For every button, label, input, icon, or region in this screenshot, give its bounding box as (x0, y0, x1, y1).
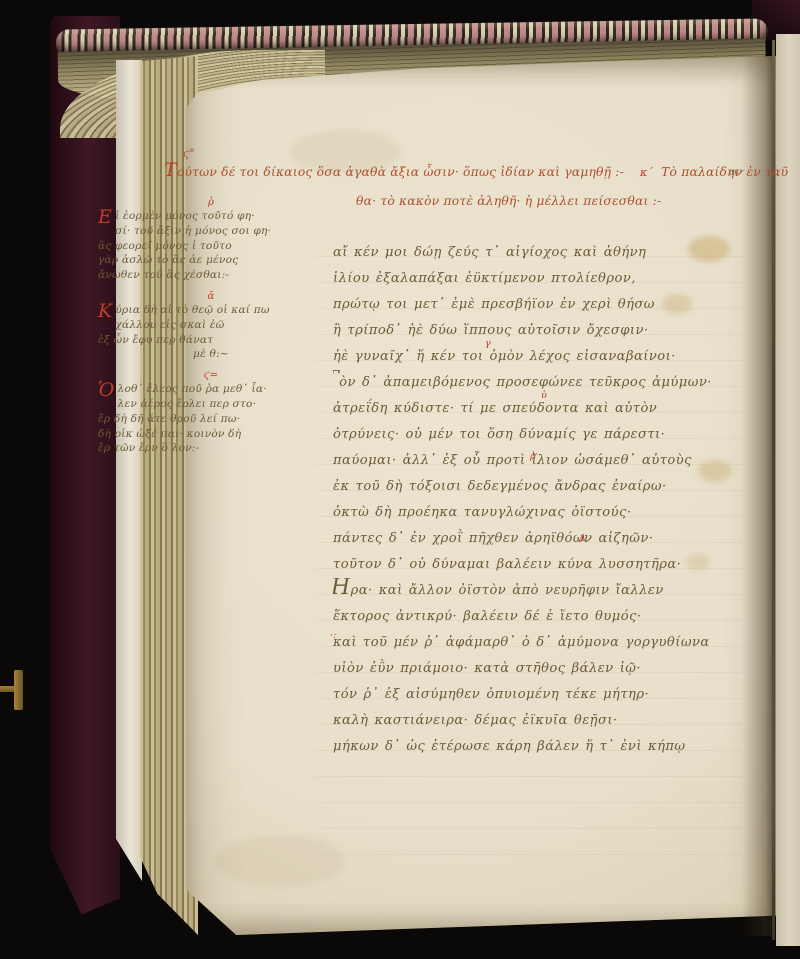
line-text: ὀτρύνεις· οὐ μέν τοι ὅση δύναμίς γε πάρε… (333, 427, 665, 442)
text-line: ἰλίου ἐξαλαπάξαι ἐϋκτίμενον πτολίεθρον, (333, 266, 789, 292)
scholion-line: σί· τοῦ ἄξιν ἡ μόνος σοι φη· (115, 224, 324, 239)
flyleaf-edge (116, 60, 142, 902)
text-line: μήκων δ᾽ ὡς ἑτέρωσε κάρη βάλεν ἥ τ᾽ ἐνὶ … (333, 734, 789, 760)
line-text: καὶ τοῦ μέν ῥ᾽ ἀφάμαρθ᾽ ὁ δ᾽ ἀμύμονα γορ… (333, 635, 710, 650)
text-line: ἢ τρίποδ᾽ ἠὲ δύω ἵππους αὐτοῖσιν ὄχεσφιν… (333, 318, 789, 344)
text-line: καλὴ καστιάνειρα· δέμας ἐϊκυῖα θεῇσι· (333, 708, 789, 734)
rubric-heading-right: Τὸ παλαίδην ἐν ταῦ (661, 165, 788, 179)
scholion-line: χάλλου εἰς σκαὶ ἐῶ (115, 318, 324, 333)
text-line: ἀτρεΐδη κύδιστε· τί με σπεύδοντα καὶ αὐτ… (333, 396, 789, 422)
scholion-number: ῥ (98, 196, 324, 209)
line-text: τόν ῥ᾽ ἐξ αἰσύμηθεν ὀπυιομένη τέκε μήτηρ… (333, 687, 649, 702)
text-line: πάντες δ᾽ ἐν χροῒ πῆχθεν ἀρηϊθόων αἰζηῶν… (333, 526, 789, 552)
scholion-block: Κ ύρια δὴ αἰ τὸ θεῷ οἱ καί πω χάλλου εἰς… (98, 303, 324, 362)
interlinear-mark: γ (485, 338, 491, 349)
line-text: παύομαι· ἀλλ᾽ ἐξ οὗ προτὶ ἴλιον ὠσάμεθ᾽ … (333, 453, 692, 468)
text-line: ἐκ τοῦ δὴ τόξοισι δεδεγμένος ἄνδρας ἐναί… (333, 474, 789, 500)
scholion-line: ἄνωθεν τοῦ ἃς χέσθαι:- (98, 268, 324, 283)
scholion-initial: Ὁ (98, 382, 115, 398)
scholion-line: γὰρ ἀσλῶ τὸ ἃς ἀε μένος (98, 253, 324, 268)
text-line: ὀτρύνεις· οὐ μέν τοι ὅση δύναμίς γε πάρε… (333, 422, 789, 448)
rubric-heading-text: ούτων δέ τοι δίκαιος ὅσα ἀγαθὰ ἄξια ὦσιν… (177, 165, 624, 179)
parchment-stain (215, 835, 345, 887)
interlinear-mark: ὑ (541, 390, 547, 401)
scholion-line: δὴ οἰκ ὠξέ παι· κοινὸν δὴ (98, 427, 324, 442)
text-line: τόν ῥ᾽ ἐξ αἰσύμηθεν ὀπυιομένη τέκε μήτηρ… (333, 682, 789, 708)
scholion-block: Ε ἰ ἑορμὲν μόνος τοῦτό φη· σί· τοῦ ἄξιν … (98, 209, 324, 283)
text-line: Ἦρα· καὶ ἄλλον ὀϊστὸν ἀπὸ νευρῆφιν ἴαλλε… (333, 578, 789, 604)
quire-mark: ϛ° (183, 147, 195, 160)
line-text: μήκων δ᾽ ὡς ἑτέρωσε κάρη βάλεν ἥ τ᾽ ἐνὶ … (333, 739, 686, 754)
scholion-line: ἰ ἑορμὲν μόνος τοῦτό φη· (115, 209, 324, 224)
text-line: Τὸν δ᾽ ἀπαμειβόμενος προσεφώνεε τεῦκρος … (333, 370, 789, 396)
scholion-line: ἐξ ὧν ἔφυ περ θάνατ (98, 333, 324, 348)
book-cover-edge (50, 16, 120, 921)
rubric-initial: Τ (164, 159, 177, 181)
line-text: ἐκ τοῦ δὴ τόξοισι δεδεγμένος ἄνδρας ἐναί… (333, 479, 667, 494)
text-line: ἕκτορος ἀντικρύ· βαλέειν δέ ἑ ἵετο θυμός… (333, 604, 789, 630)
scholion-number: ϛ= (98, 369, 324, 382)
line-text: ρα· καὶ ἄλλον ὀϊστὸν ἀπὸ νευρῆφιν ἴαλλεν (351, 583, 664, 598)
line-text: ὀκτὼ δὴ προέηκα τανυγλώχινας ὀϊστούς· (333, 505, 631, 520)
text-line: ἠὲ γυναῖχ᾽ ἥ κέν τοι ὁμὸν λέχος εἰσαναβα… (333, 344, 789, 370)
line-text: ἰλίου ἐξαλαπάξαι ἐϋκτίμενον πτολίεθρον, (333, 271, 636, 286)
line-text: ἠὲ γυναῖχ᾽ ἥ κέν τοι ὁμὸν λέχος εἰσαναβα… (333, 349, 676, 364)
text-line: υἱὸν ἐῢν πριάμοιο· κατὰ στῆθος βάλεν ἰῷ· (333, 656, 789, 682)
interlinear-mark: ·: (330, 630, 336, 641)
scholion-line: μὲ θ:~ (98, 347, 324, 362)
line-text: τοῦτον δ᾽ οὐ δύναμαι βαλέειν κύνα λυσσητ… (333, 557, 681, 572)
line-initial: Ἦ (333, 578, 351, 600)
text-line: τοῦτον δ᾽ οὐ δύναμαι βαλέειν κύνα λυσσητ… (333, 552, 789, 578)
text-line: ὀκτὼ δὴ προέηκα τανυγλώχινας ὀϊστούς· (333, 500, 789, 526)
scholion-block: Ὁ λοθ᾽ ἔλεος ποῦ ῥα μεθ᾽ ἶα· λεν ἀέρος ἔ… (98, 382, 324, 456)
line-text: υἱὸν ἐῢν πριάμοιο· κατὰ στῆθος βάλεν ἰῷ· (333, 661, 641, 676)
scholion-line: ύρια δὴ αἰ τὸ θεῷ οἱ καί πω (115, 303, 324, 318)
text-line: παύομαι· ἀλλ᾽ ἐξ οὗ προτὶ ἴλιον ὠσάμεθ᾽ … (333, 448, 789, 474)
line-text: καλὴ καστιάνειρα· δέμας ἐϊκυῖα θεῇσι· (333, 713, 618, 728)
scholion-number: ᾱ (98, 290, 324, 303)
main-text-column: αἴ κέν μοι δώῃ ζεύς τ᾽ αἰγίοχος καὶ ἀθήν… (333, 240, 789, 760)
scholion-line: ἔρ τῶν ἔρν ὂ λον:- (98, 441, 324, 456)
line-text: ἢ τρίποδ᾽ ἠὲ δύω ἵππους αὐτοῖσιν ὄχεσφιν… (333, 323, 648, 338)
line-text: ἀτρεΐδη κύδιστε· τί με σπεύδοντα καὶ αὐτ… (333, 401, 657, 416)
line-text: πρώτῳ τοι μετ᾽ ἐμὲ πρεσβήϊον ἐν χερὶ θήσ… (333, 297, 655, 312)
scholion-line: ἃς φεορεῖ μόνος ἱ τοῦτο (98, 239, 324, 254)
text-line: αἴ κέν μοι δώῃ ζεύς τ᾽ αἰγίοχος καὶ ἀθήν… (333, 240, 789, 266)
marginal-scholia-column: ῥ Ε ἰ ἑορμὲν μόνος τοῦτό φη· σί· τοῦ ἄξι… (98, 196, 324, 456)
rubric-heading-line2: θα· τὸ κακὸν ποτὲ ἀληθῆ· ἡ μέλλει πείσεσ… (356, 194, 661, 208)
clasp-pin-head (14, 670, 23, 710)
line-text: ὸν δ᾽ ἀπαμειβόμενος προσεφώνεε τεῦκρος ἀ… (339, 375, 712, 390)
manuscript-photograph: ϛ° Τούτων δέ τοι δίκαιος ὅσα ἀγαθὰ ἄξια … (0, 0, 800, 959)
scholion-line: λοθ᾽ ἔλεος ποῦ ῥα μεθ᾽ ἶα· (118, 382, 324, 397)
line-text: ἕκτορος ἀντικρύ· βαλέειν δέ ἑ ἵετο θυμός… (333, 609, 641, 624)
scholion-line: ἔρ δὴ δῆ ἅτε θροῦ λεί πω· (98, 412, 324, 427)
scholion-initial: Κ (98, 303, 112, 319)
text-line: καὶ τοῦ μέν ῥ᾽ ἀφάμαρθ᾽ ὁ δ᾽ ἀμύμονα γορ… (333, 630, 789, 656)
scholion-initial: Ε (98, 209, 112, 225)
interlinear-mark: Δ (579, 533, 586, 544)
text-line: πρώτῳ τοι μετ᾽ ἐμὲ πρεσβήϊον ἐν χερὶ θήσ… (333, 292, 789, 318)
line-text: πάντες δ᾽ ἐν χροῒ πῆχθεν ἀρηϊθόων αἰζηῶν… (333, 531, 653, 546)
interlinear-mark: ῤ (530, 451, 536, 462)
rubric-heading-line1: Τούτων δέ τοι δίκαιος ὅσα ἀγαθὰ ἄξια ὦσι… (164, 164, 770, 179)
line-text: αἴ κέν μοι δώῃ ζεύς τ᾽ αἰγίοχος καὶ ἀθήν… (333, 245, 646, 260)
scholion-line: λεν ἀέρος ἔρλει περ στο· (118, 397, 324, 412)
rubric-reference-mark: κ΄ (640, 166, 653, 179)
